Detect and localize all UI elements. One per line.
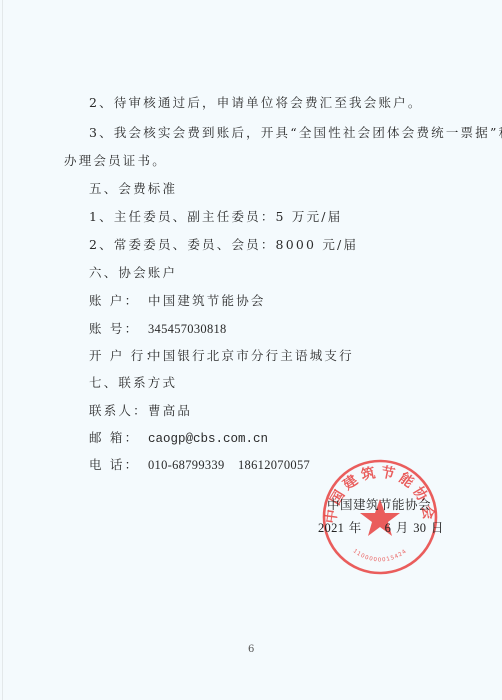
bank-row: 开 户 行：中国银行北京市分行主语城支行 bbox=[89, 348, 354, 364]
contact-value: 曹高品 bbox=[148, 403, 192, 419]
page-number: 6 bbox=[248, 644, 254, 655]
account-number-row: 账 号：345457030818 bbox=[89, 321, 227, 337]
bank-value: 中国银行北京市分行主语城支行 bbox=[148, 348, 354, 364]
paragraph-step-3: 3、我会核实会费到账后，开具“全国性社会团体会费统一票据”和 bbox=[89, 125, 502, 141]
account-number-label: 账 号： bbox=[89, 321, 148, 337]
section-7-heading: 七、联系方式 bbox=[89, 375, 177, 391]
phone-label: 电 话： bbox=[89, 457, 148, 473]
section-6-heading: 六、协会账户 bbox=[89, 265, 177, 281]
paragraph-step-2: 2、待审核通过后，申请单位将会费汇至我会账户。 bbox=[89, 95, 423, 111]
account-name-value: 中国建筑节能协会 bbox=[148, 293, 266, 309]
date-year-suffix: 年 bbox=[349, 520, 362, 535]
page-edge bbox=[2, 0, 3, 700]
account-name-row: 账 户：中国建筑节能协会 bbox=[89, 293, 266, 309]
fee-item-2: 2、常委委员、委员、会员：8000 元/届 bbox=[89, 237, 358, 253]
seal-serial: 1100000015424 bbox=[352, 548, 409, 563]
phone-row: 电 话：010-6879933918612070057 bbox=[89, 457, 310, 473]
account-number-value: 345457030818 bbox=[148, 321, 227, 337]
account-name-label: 账 户： bbox=[89, 293, 148, 309]
svg-text:1100000015424: 1100000015424 bbox=[352, 548, 409, 563]
date-month: 6 bbox=[385, 521, 392, 535]
phone-value-2: 18612070057 bbox=[238, 457, 310, 473]
email-value: caogp@cbs.com.cn bbox=[148, 431, 268, 447]
paragraph-step-3-continued: 办理会员证书。 bbox=[64, 153, 167, 169]
email-label: 邮 箱： bbox=[89, 430, 148, 446]
section-5-heading: 五、会费标准 bbox=[89, 181, 177, 197]
date-year: 2021 bbox=[318, 521, 344, 535]
date-month-suffix: 月 bbox=[396, 520, 409, 535]
contact-label: 联系人： bbox=[89, 403, 148, 419]
date-day-suffix: 日 bbox=[431, 520, 444, 535]
fee-item-1: 1、主任委员、副主任委员：5 万元/届 bbox=[89, 209, 342, 225]
official-seal-stamp: 中国建筑节能协会 1100000015424 bbox=[318, 455, 442, 579]
signature-organization: 中国建筑节能协会 bbox=[327, 495, 431, 513]
signature-date: 2021 年 6 月 30 日 bbox=[318, 518, 444, 536]
date-day: 30 bbox=[413, 521, 426, 535]
contact-row: 联系人：曹高品 bbox=[89, 403, 192, 419]
bank-label: 开 户 行： bbox=[89, 348, 148, 364]
phone-value-1: 010-68799339 bbox=[148, 457, 238, 473]
email-row: 邮 箱：caogp@cbs.com.cn bbox=[89, 430, 268, 447]
